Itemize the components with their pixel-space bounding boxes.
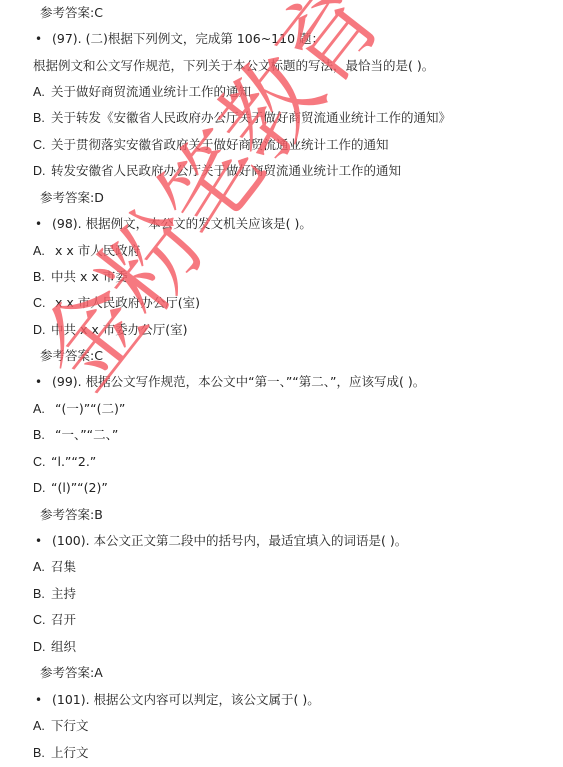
- option-key: B.: [33, 267, 51, 287]
- option-b: B.主持: [33, 584, 76, 604]
- option-text: “(l)”“(2)”: [51, 480, 108, 495]
- question-text: (98). 根据例文，本公文的发文机关应该是( )。: [52, 216, 312, 231]
- option-a: A.关于做好商贸流通业统计工作的通知: [33, 82, 251, 102]
- bullet-icon: •: [35, 372, 52, 392]
- option-text: 关于做好商贸流通业统计工作的通知: [51, 84, 251, 99]
- option-text: 上行文: [51, 745, 89, 760]
- answer-line: 参考答案:C: [40, 3, 103, 23]
- option-text: 组织: [51, 639, 76, 654]
- option-text: 召开: [51, 612, 76, 627]
- option-text: “(一)”“(二)”: [51, 401, 125, 416]
- option-d: D.“(l)”“(2)”: [33, 478, 108, 498]
- answer-line: 参考答案:B: [40, 505, 103, 525]
- bullet-icon: •: [35, 690, 52, 710]
- option-a: A.召集: [33, 557, 76, 577]
- question-text: (101). 根据公文内容可以判定，该公文属于( )。: [52, 692, 320, 707]
- option-b: B.关于转发《安徽省人民政府办公厅关于做好商贸流通业统计工作的通知》: [33, 108, 451, 128]
- bullet-icon: •: [35, 29, 52, 49]
- option-a: A. “(一)”“(二)”: [33, 399, 125, 419]
- option-text: x x 市人民政府办公厅(室): [51, 295, 200, 310]
- option-text: 关于贯彻落实安徽省政府关于做好商贸流通业统计工作的通知: [51, 137, 389, 152]
- option-key: D.: [33, 637, 51, 657]
- option-key: B.: [33, 584, 51, 604]
- option-d: D.组织: [33, 637, 76, 657]
- option-text: “l.”“2.”: [51, 454, 96, 469]
- answer-line: 参考答案:D: [40, 188, 104, 208]
- option-key: B.: [33, 108, 51, 128]
- question-stem: 根据例文和公文写作规范，下列关于本公文标题的写法，最恰当的是( )。: [33, 56, 434, 76]
- document-page: 参考答案:C •(97). (二)根据下列例文，完成第 106~110 题： 根…: [0, 0, 563, 767]
- question-text: (99). 根据公文写作规范，本公文中“第一、”“第二、”，应该写成( )。: [52, 374, 425, 389]
- option-b: B.中共 x x 市委: [33, 267, 128, 287]
- question-97: •(97). (二)根据下列例文，完成第 106~110 题：: [35, 29, 324, 49]
- option-text: 下行文: [51, 718, 89, 733]
- question-text: (97). (二)根据下列例文，完成第 106~110 题：: [52, 31, 324, 46]
- option-key: D.: [33, 478, 51, 498]
- option-key: D.: [33, 161, 51, 181]
- option-a: A.下行文: [33, 716, 89, 736]
- answer-line: 参考答案:C: [40, 346, 103, 366]
- option-text: 主持: [51, 586, 76, 601]
- answer-line: 参考答案:A: [40, 663, 103, 683]
- option-text: 中共 x x 市委办公厅(室): [51, 322, 187, 337]
- option-text: 召集: [51, 559, 76, 574]
- option-key: A.: [33, 241, 51, 261]
- option-key: C.: [33, 610, 51, 630]
- option-d: D.中共 x x 市委办公厅(室): [33, 320, 187, 340]
- option-key: A.: [33, 399, 51, 419]
- option-key: D.: [33, 320, 51, 340]
- question-101: •(101). 根据公文内容可以判定，该公文属于( )。: [35, 690, 320, 710]
- option-key: A.: [33, 557, 51, 577]
- option-b: B. “一、”“二、”: [33, 425, 118, 445]
- question-98: •(98). 根据例文，本公文的发文机关应该是( )。: [35, 214, 312, 234]
- option-key: B.: [33, 425, 51, 445]
- option-key: A.: [33, 716, 51, 736]
- option-text: “一、”“二、”: [51, 427, 118, 442]
- question-100: •(100). 本公文正文第二段中的括号内，最适宜填入的词语是( )。: [35, 531, 407, 551]
- option-text: x x 市人民政府: [51, 243, 140, 258]
- option-text: 关于转发《安徽省人民政府办公厅关于做好商贸流通业统计工作的通知》: [51, 110, 451, 125]
- option-key: C.: [33, 452, 51, 472]
- option-key: C.: [33, 293, 51, 313]
- option-d: D.转发安徽省人民政府办公厅关于做好商贸流通业统计工作的通知: [33, 161, 401, 181]
- question-text: (100). 本公文正文第二段中的括号内，最适宜填入的词语是( )。: [52, 533, 407, 548]
- bullet-icon: •: [35, 214, 52, 234]
- option-c: C. x x 市人民政府办公厅(室): [33, 293, 200, 313]
- question-99: •(99). 根据公文写作规范，本公文中“第一、”“第二、”，应该写成( )。: [35, 372, 425, 392]
- option-key: B.: [33, 743, 51, 763]
- option-c: C.召开: [33, 610, 76, 630]
- option-b: B.上行文: [33, 743, 89, 763]
- option-key: A.: [33, 82, 51, 102]
- option-a: A. x x 市人民政府: [33, 241, 140, 261]
- option-c: C.“l.”“2.”: [33, 452, 96, 472]
- option-text: 中共 x x 市委: [51, 269, 128, 284]
- option-c: C.关于贯彻落实安徽省政府关于做好商贸流通业统计工作的通知: [33, 135, 389, 155]
- bullet-icon: •: [35, 531, 52, 551]
- option-text: 转发安徽省人民政府办公厅关于做好商贸流通业统计工作的通知: [51, 163, 401, 178]
- option-key: C.: [33, 135, 51, 155]
